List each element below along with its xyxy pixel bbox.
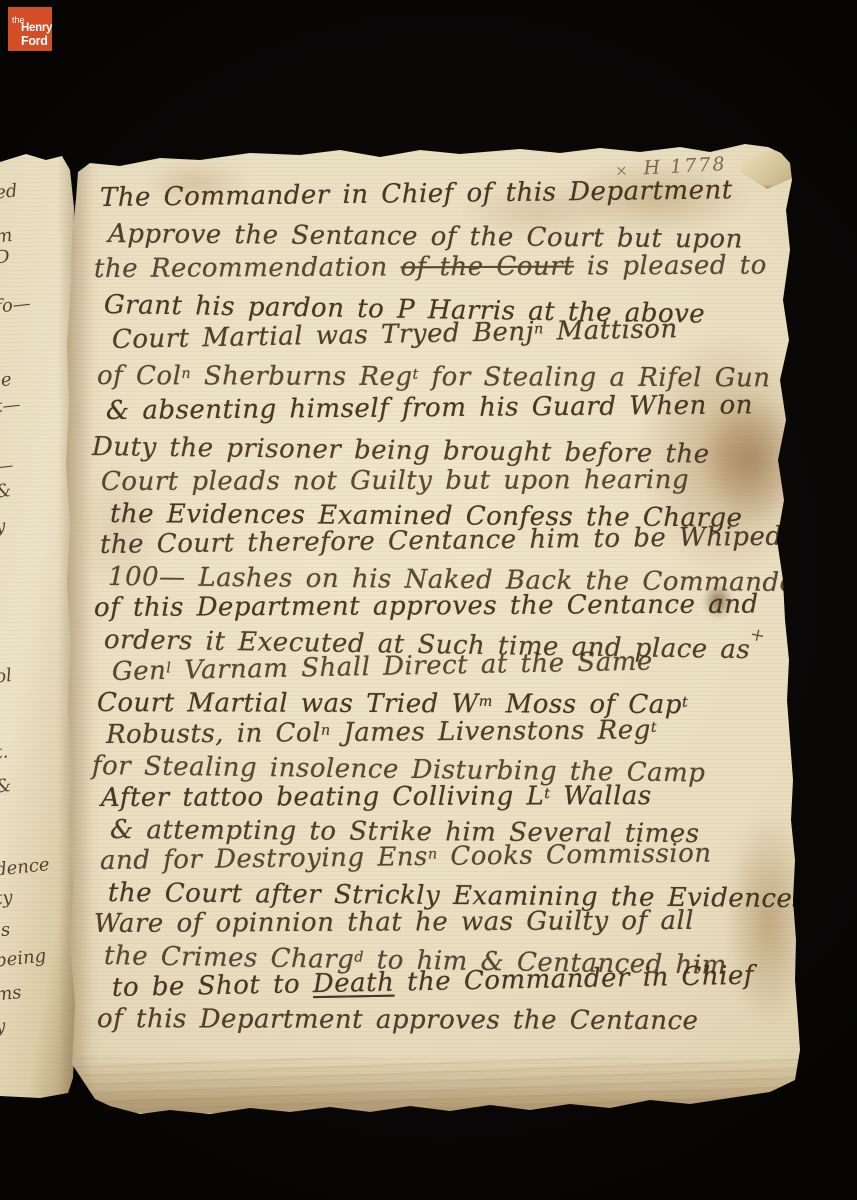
manuscript-line: The Commander in Chief of this Departmen…: [100, 174, 800, 218]
logo-text-ford: Ford: [21, 34, 48, 48]
manuscript-line: & absenting himself from his Guard When …: [106, 390, 806, 432]
manuscript-line: of this Department approves the Centance…: [94, 590, 794, 625]
manuscript-lines: The Commander in Chief of this Departmen…: [92, 183, 792, 1036]
manuscript-line: After tattoo beating Colliving Lt Wallas: [101, 780, 801, 814]
logo-text-henry: Henry: [21, 22, 52, 34]
henry-ford-logo: the Henry Ford: [8, 7, 52, 51]
photo-backdrop: the Henry Ford edmDfo—let——&yolt.&dencet…: [0, 0, 857, 1200]
stain: [80, 1062, 805, 1110]
manuscript-line: Ware of opinnion that he was Guilty of a…: [94, 906, 794, 941]
manuscript-line: the Recommendation of the Court is pleas…: [94, 250, 794, 289]
manuscript-line: Court pleads not Guilty but upon hearing: [101, 465, 801, 499]
facing-page-edge: [0, 148, 80, 1103]
manuscript-line: Robusts, in Coln James Livenstons Regt: [106, 714, 806, 752]
manuscript-page: ×H 1778 The Commander in Chief of this D…: [58, 142, 806, 1120]
manuscript-line: of this Department approves the Centance: [97, 1004, 797, 1038]
